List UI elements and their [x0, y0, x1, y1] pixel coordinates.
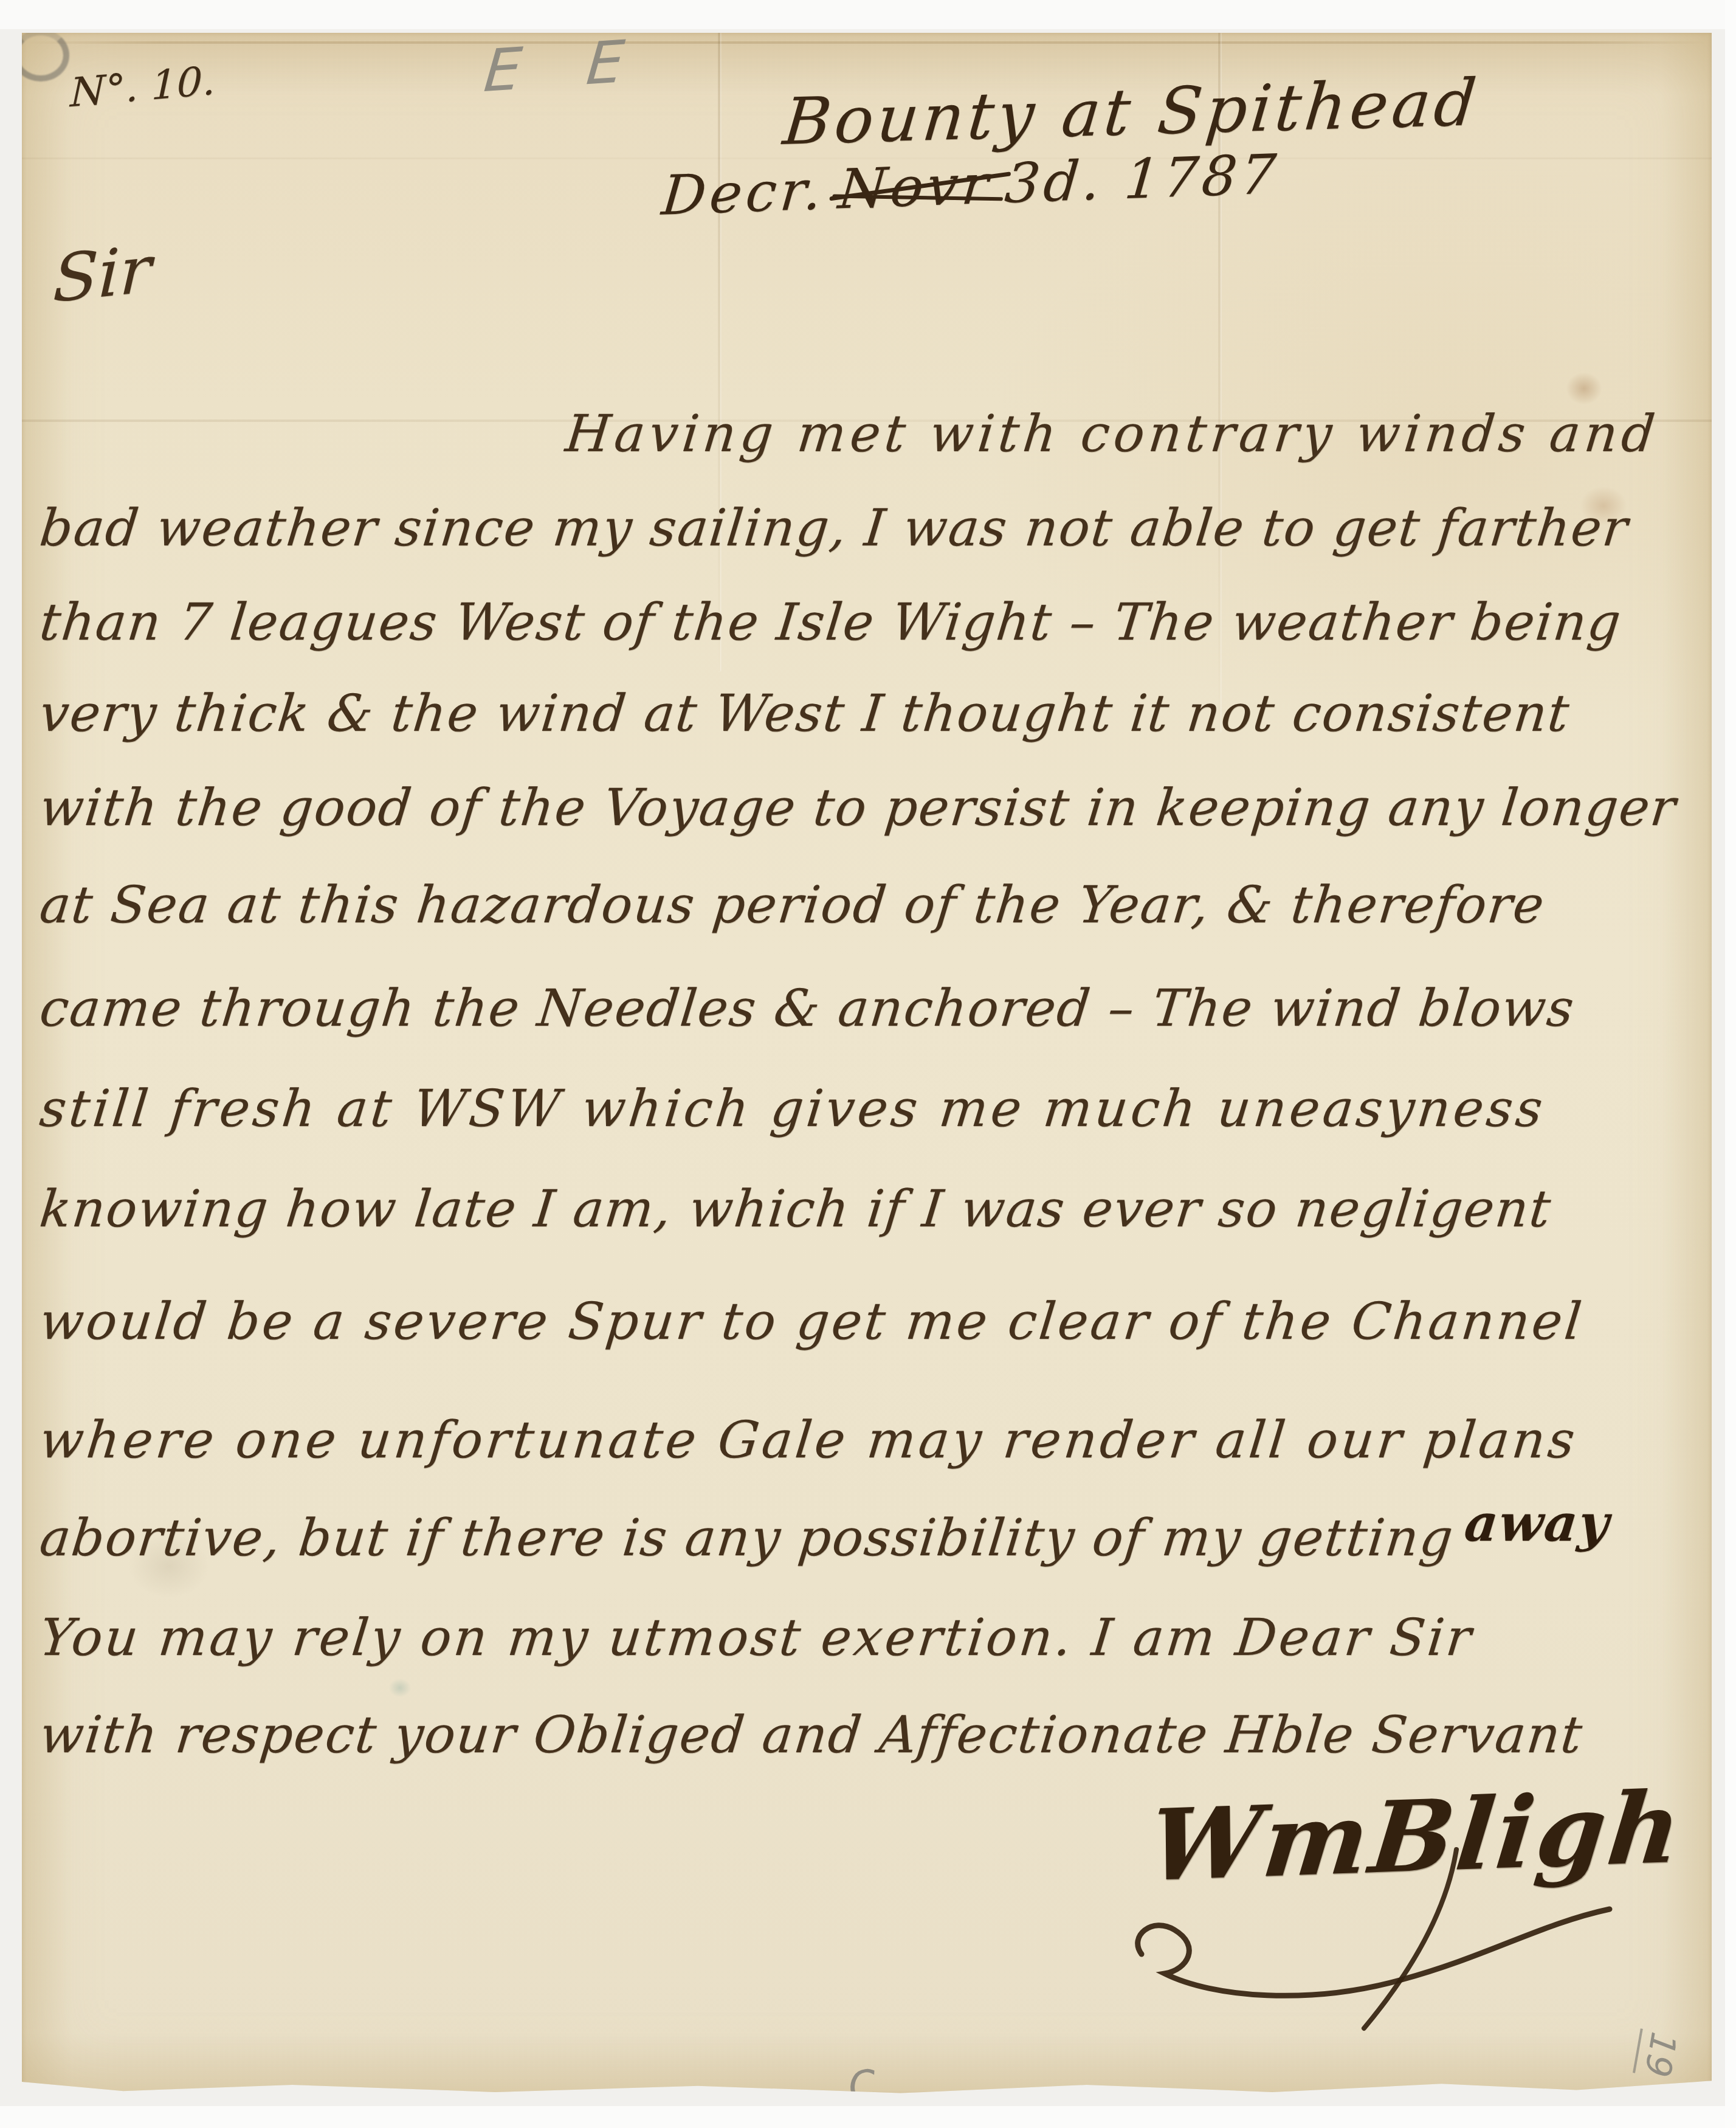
- letter-line-text: abortive, but if there is any possibilit…: [37, 1508, 1457, 1567]
- date-day-year: 3d. 1787: [1002, 142, 1282, 216]
- letter-line: would be a severe Spur to get me clear o…: [36, 1288, 1587, 1355]
- fold-crease-vertical-left: [718, 33, 720, 671]
- letter-line: with the good of the Voyage to persist i…: [36, 775, 1679, 841]
- inserted-word: away: [1462, 1493, 1613, 1553]
- pencil-smudge-mark: [12, 29, 69, 81]
- letter-line: came through the Needles & anchored – Th…: [36, 975, 1578, 1042]
- archival-number: N°. 10.: [70, 55, 216, 119]
- letter-line: where one unfortunate Gale may render al…: [36, 1407, 1581, 1473]
- letterhead-date: Decr.Novr3d. 1787: [659, 139, 1283, 231]
- letter-line: still fresh at WSW which gives me much u…: [36, 1076, 1549, 1142]
- letter-line: with respect your Obliged and Affectiona…: [36, 1702, 1586, 1768]
- letter-line: bad weather since my sailing, I was not …: [36, 495, 1631, 561]
- letter-line: than 7 leagues West of the Isle Wight – …: [36, 589, 1625, 655]
- scan-background: N°. 10. E E Bounty at Spithead Decr.Novr…: [0, 0, 1736, 2128]
- letter-line: You may rely on my utmost exertion. I am…: [36, 1605, 1476, 1671]
- letter-page: N°. 10. E E Bounty at Spithead Decr.Novr…: [22, 33, 1712, 2095]
- date-struck-month: Novr: [836, 149, 995, 226]
- salutation: Sir: [52, 227, 153, 322]
- letter-line: at Sea at this hazardous period of the Y…: [36, 872, 1548, 938]
- letter-line: knowing how late I am, which if I was ev…: [36, 1176, 1555, 1242]
- letter-line: very thick & the wind at West I thought …: [36, 680, 1573, 747]
- date-month: Decr.: [660, 158, 828, 227]
- letter-line: Having met with contrary winds and: [562, 401, 1662, 467]
- pencil-annotation-19: 19: [1633, 2028, 1685, 2081]
- letter-line: abortive, but if there is any possibilit…: [36, 1504, 1611, 1571]
- pencil-annotation-ee: E E: [481, 26, 650, 105]
- signature-flourish: [1116, 1845, 1627, 2051]
- pencil-annotation-c: C: [846, 2061, 880, 2111]
